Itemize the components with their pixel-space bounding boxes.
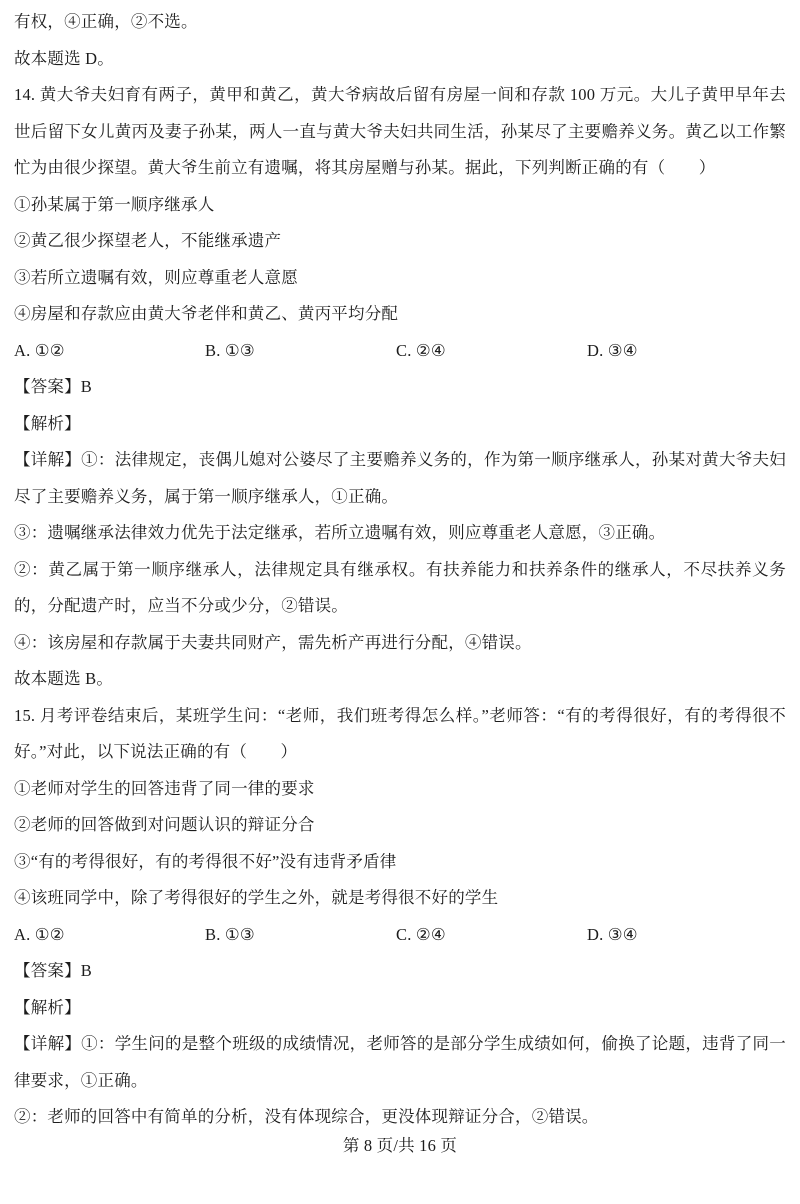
option-a: A. ①② xyxy=(14,917,205,954)
q15-item-3: ③“有的考得很好，有的考得很不好”没有违背矛盾律 xyxy=(14,844,786,881)
option-b: B. ①③ xyxy=(205,333,396,370)
q14-detail-3: ③：遗嘱继承法律效力优先于法定继承，若所立遗嘱有效，则应尊重老人意愿，③正确。 xyxy=(14,515,786,552)
q15-item-4: ④该班同学中，除了考得很好的学生之外，就是考得很不好的学生 xyxy=(14,880,786,917)
option-b: B. ①③ xyxy=(205,917,396,954)
q14-detail-4: ④：该房屋和存款属于夫妻共同财产，需先析产再进行分配，④错误。 xyxy=(14,625,786,662)
option-a: A. ①② xyxy=(14,333,205,370)
option-c: C. ②④ xyxy=(396,333,587,370)
q15-item-2: ②老师的回答做到对问题认识的辩证分合 xyxy=(14,807,786,844)
q14-item-2: ②黄乙很少探望老人，不能继承遗产 xyxy=(14,223,786,260)
document-content: 有权，④正确，②不选。故本题选 D。14. 黄大爷夫妇育有两子，黄甲和黄乙，黄大… xyxy=(14,4,786,1136)
q14-options: A. ①②B. ①③C. ②④D. ③④ xyxy=(14,333,786,370)
q13-conclusion: 故本题选 D。 xyxy=(14,41,786,78)
q13-explain-tail: 有权，④正确，②不选。 xyxy=(14,4,786,41)
q14-conclusion: 故本题选 B。 xyxy=(14,661,786,698)
exam-answer-page: 有权，④正确，②不选。故本题选 D。14. 黄大爷夫妇育有两子，黄甲和黄乙，黄大… xyxy=(0,0,800,1204)
q14-detail-2: ②：黄乙属于第一顺序继承人，法律规定具有继承权。有扶养能力和扶养条件的继承人，不… xyxy=(14,552,786,625)
q15-detail-1: 【详解】①：学生问的是整个班级的成绩情况，老师答的是部分学生成绩如何，偷换了论题… xyxy=(14,1026,786,1099)
q14-stem: 14. 黄大爷夫妇育有两子，黄甲和黄乙，黄大爷病故后留有房屋一间和存款 100 … xyxy=(14,77,786,187)
q15-options: A. ①②B. ①③C. ②④D. ③④ xyxy=(14,917,786,954)
option-c: C. ②④ xyxy=(396,917,587,954)
q14-analysis-label: 【解析】 xyxy=(14,406,786,443)
option-d: D. ③④ xyxy=(587,333,786,370)
q14-item-3: ③若所立遗嘱有效，则应尊重老人意愿 xyxy=(14,260,786,297)
q15-detail-2: ②：老师的回答中有简单的分析，没有体现综合，更没体现辩证分合，②错误。 xyxy=(14,1099,786,1136)
q15-item-1: ①老师对学生的回答违背了同一律的要求 xyxy=(14,771,786,808)
page-footer: 第 8 页/共 16 页 xyxy=(0,1133,800,1159)
q15-stem: 15. 月考评卷结束后，某班学生问：“老师，我们班考得怎么样。”老师答：“有的考… xyxy=(14,698,786,771)
q14-detail-1: 【详解】①：法律规定，丧偶儿媳对公婆尽了主要赡养义务的，作为第一顺序继承人，孙某… xyxy=(14,442,786,515)
q14-item-4: ④房屋和存款应由黄大爷老伴和黄乙、黄丙平均分配 xyxy=(14,296,786,333)
q15-analysis-label: 【解析】 xyxy=(14,990,786,1027)
option-d: D. ③④ xyxy=(587,917,786,954)
q14-item-1: ①孙某属于第一顺序继承人 xyxy=(14,187,786,224)
q14-answer: 【答案】B xyxy=(14,369,786,406)
q15-answer: 【答案】B xyxy=(14,953,786,990)
